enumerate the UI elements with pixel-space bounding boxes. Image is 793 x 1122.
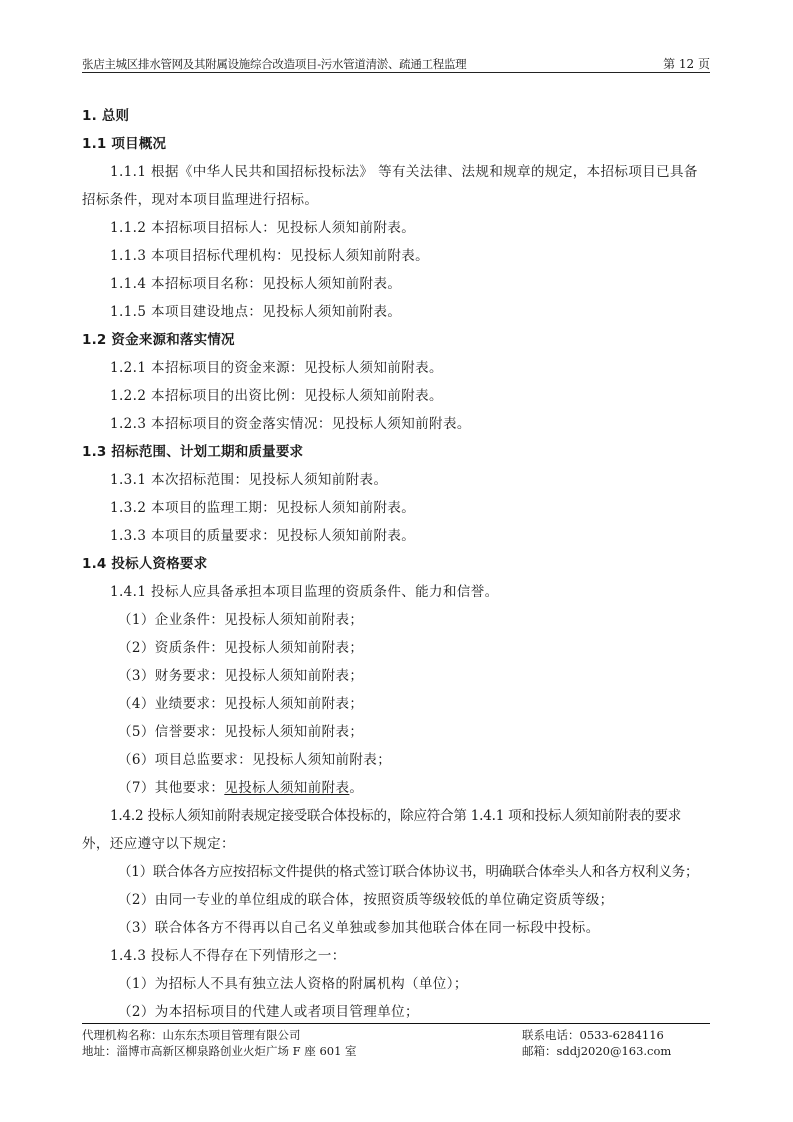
agency-name: 代理机构名称：山东东杰项目管理有限公司 [82,1028,301,1042]
paragraph-1-1-2: 1.1.2 本招标项目招标人：见投标人须知前附表。 [82,214,710,242]
requirement-item-7: （7）其他要求：见投标人须知前附表。 [82,774,710,802]
requirement-item-6: （6）项目总监要求：见投标人须知前附表； [82,746,710,774]
footer-row-1: 代理机构名称：山东东杰项目管理有限公司 联系电话：0533-6284116 [82,1027,710,1043]
footer-row-2: 地址：淄博市高新区柳泉路创业火炬广场 F 座 601 室 邮箱：sddj2020… [82,1043,710,1059]
section-heading-1-1: 1.1 项目概况 [82,130,710,158]
paragraph-1-4-1: 1.4.1 投标人应具备承担本项目监理的资质条件、能力和信誉。 [82,578,710,606]
requirement-item-2: （2）资质条件：见投标人须知前附表； [82,634,710,662]
paragraph-1-4-2: 1.4.2 投标人须知前附表规定接受联合体投标的，除应符合第 1.4.1 项和投… [82,802,710,830]
paragraph-1-3-3: 1.3.3 本项目的质量要求：见投标人须知前附表。 [82,522,710,550]
paragraph-1-2-1: 1.2.1 本招标项目的资金来源：见投标人须知前附表。 [82,354,710,382]
document-title: 张店主城区排水管网及其附属设施综合改造项目-污水管道清淤、疏通工程监理 [82,57,466,71]
requirement-item-5: （5）信誉要求：见投标人须知前附表； [82,718,710,746]
paragraph-1-4-3: 1.4.3 投标人不得存在下列情形之一： [82,942,710,970]
page-number: 第 12 页 [663,57,710,71]
requirement-item-3: （3）财务要求：见投标人须知前附表； [82,662,710,690]
section-heading-1-2: 1.2 资金来源和落实情况 [82,326,710,354]
contact-email: 邮箱：sddj2020@163.com [522,1043,671,1059]
paragraph-1-1-5: 1.1.5 本项目建设地点：见投标人须知前附表。 [82,298,710,326]
exclusion-item-1: （1）为招标人不具有独立法人资格的附属机构（单位）； [82,970,710,998]
page-header: 张店主城区排水管网及其附属设施综合改造项目-污水管道清淤、疏通工程监理 第 12… [82,55,710,73]
paragraph-1-1-4: 1.1.4 本招标项目名称：见投标人须知前附表。 [82,270,710,298]
document-body: 1. 总则 1.1 项目概况 1.1.1 根据《中华人民共和国招标投标法》 等有… [82,102,710,1026]
paragraph-1-2-2: 1.2.2 本招标项目的出资比例：见投标人须知前附表。 [82,382,710,410]
section-heading-1: 1. 总则 [82,102,710,130]
paragraph-1-1-1: 1.1.1 根据《中华人民共和国招标投标法》 等有关法律、法规和规章的规定，本招… [82,158,710,186]
paragraph-1-3-1: 1.3.1 本次招标范围：见投标人须知前附表。 [82,466,710,494]
requirement-item-7-underlined: 见投标人须知前附表 [224,780,349,796]
requirement-item-7-suffix: 。 [349,780,363,796]
page-footer: 代理机构名称：山东东杰项目管理有限公司 联系电话：0533-6284116 地址… [82,1023,710,1059]
paragraph-1-1-3: 1.1.3 本项目招标代理机构：见投标人须知前附表。 [82,242,710,270]
paragraph-1-3-2: 1.3.2 本项目的监理工期：见投标人须知前附表。 [82,494,710,522]
section-heading-1-3: 1.3 招标范围、计划工期和质量要求 [82,438,710,466]
agency-address: 地址：淄博市高新区柳泉路创业火炬广场 F 座 601 室 [82,1044,357,1058]
paragraph-1-4-2-cont: 外，还应遵守以下规定： [82,830,710,858]
section-heading-1-4: 1.4 投标人资格要求 [82,550,710,578]
paragraph-1-2-3: 1.2.3 本招标项目的资金落实情况：见投标人须知前附表。 [82,410,710,438]
requirement-item-7-prefix: （7）其他要求： [118,780,224,796]
consortium-rule-1: （1）联合体各方应按招标文件提供的格式签订联合体协议书，明确联合体牵头人和各方权… [82,858,710,886]
paragraph-1-1-1-cont: 招标条件，现对本项目监理进行招标。 [82,186,710,214]
requirement-item-4: （4）业绩要求：见投标人须知前附表； [82,690,710,718]
consortium-rule-2: （2）由同一专业的单位组成的联合体，按照资质等级较低的单位确定资质等级； [82,886,710,914]
consortium-rule-3: （3）联合体各方不得再以自己名义单独或参加其他联合体在同一标段中投标。 [82,914,710,942]
requirement-item-1: （1）企业条件：见投标人须知前附表； [82,606,710,634]
exclusion-item-2: （2）为本招标项目的代建人或者项目管理单位； [82,998,710,1026]
contact-phone: 联系电话：0533-6284116 [522,1027,664,1043]
